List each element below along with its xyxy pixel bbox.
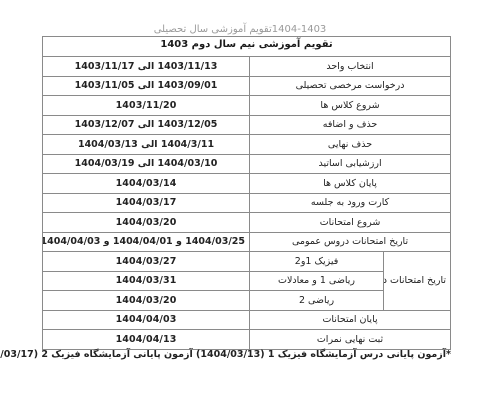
table-row: ثبت نهایی نمرات 1404/04/13: [43, 330, 451, 350]
table-row: پایان امتحانات 1404/04/03: [43, 310, 451, 330]
course-label: ریاضی 1 و معادلات: [250, 271, 384, 291]
table-header: تقویم آموزشی نیم سال دوم 1403: [43, 37, 451, 57]
table-row: کارت ورود به جلسه 1404/03/17: [43, 193, 451, 213]
footnote: *آزمون پایانی درس آزمایشگاه فیزیک 1 (140…: [76, 349, 451, 361]
table-row: شروع کلاس ها 1403/11/20: [43, 96, 451, 116]
table-row: انتخاب واحد 1403/11/13 الی 1403/11/17: [43, 57, 451, 77]
event-label: درخواست مرخصی تحصیلی: [250, 76, 451, 96]
academic-calendar-table: تقویم آموزشی نیم سال دوم 1403 انتخاب واح…: [42, 36, 451, 350]
event-label: پایان کلاس ها: [250, 174, 451, 194]
table-row: تاریخ امتحانات دروس پایه فیزیک 1و2 1404/…: [43, 252, 451, 272]
table-row: حذف نهایی 1404/3/11 الی 1404/03/13: [43, 135, 451, 155]
event-label: حذف نهایی: [250, 135, 451, 155]
event-date: 1403/12/05 الی 1403/12/07: [43, 115, 250, 135]
table-row: درخواست مرخصی تحصیلی 1403/09/01 الی 1403…: [43, 76, 451, 96]
course-exam-date: 1404/03/27: [43, 252, 250, 272]
event-date: 1403/11/20: [43, 96, 250, 116]
event-label: پایان امتحانات: [250, 310, 451, 330]
event-date: 1404/03/25 و 1404/04/01 و 1404/04/03: [43, 232, 250, 252]
course-exam-date: 1404/03/31: [43, 271, 250, 291]
event-label: ثبت نهایی نمرات: [250, 330, 451, 350]
event-date: 1403/11/13 الی 1403/11/17: [43, 57, 250, 77]
table-row: پایان کلاس ها 1404/03/14: [43, 174, 451, 194]
event-date: 1403/09/01 الی 1403/11/05: [43, 76, 250, 96]
event-label: حذف و اضافه: [250, 115, 451, 135]
event-label: ارزشیابی اساتید: [250, 154, 451, 174]
document-title: 1404-1403تقویم آموزشی سال تحصیلی: [0, 24, 480, 36]
course-exam-date: 1404/03/20: [43, 291, 250, 311]
event-date: 1404/04/03: [43, 310, 250, 330]
event-label: شروع کلاس ها: [250, 96, 451, 116]
event-label: تاریخ امتحانات دروس عمومی: [250, 232, 451, 252]
event-label: شروع امتحانات: [250, 213, 451, 233]
event-date: 1404/03/20: [43, 213, 250, 233]
event-label: کارت ورود به جلسه: [250, 193, 451, 213]
event-date: 1404/03/14: [43, 174, 250, 194]
event-date: 1404/04/13: [43, 330, 250, 350]
table-header-row: تقویم آموزشی نیم سال دوم 1403: [43, 37, 451, 57]
course-label: فیزیک 1و2: [250, 252, 384, 272]
table-row: تاریخ امتحانات دروس عمومی 1404/03/25 و 1…: [43, 232, 451, 252]
course-label: ریاضی 2: [250, 291, 384, 311]
table-row: حذف و اضافه 1403/12/05 الی 1403/12/07: [43, 115, 451, 135]
event-date: 1404/03/17: [43, 193, 250, 213]
basic-exams-group-label: تاریخ امتحانات دروس پایه: [384, 252, 451, 311]
table-row: شروع امتحانات 1404/03/20: [43, 213, 451, 233]
table-row: ارزشیابی اساتید 1404/03/10 الی 1404/03/1…: [43, 154, 451, 174]
event-label: انتخاب واحد: [250, 57, 451, 77]
event-date: 1404/3/11 الی 1404/03/13: [43, 135, 250, 155]
event-date: 1404/03/10 الی 1404/03/19: [43, 154, 250, 174]
